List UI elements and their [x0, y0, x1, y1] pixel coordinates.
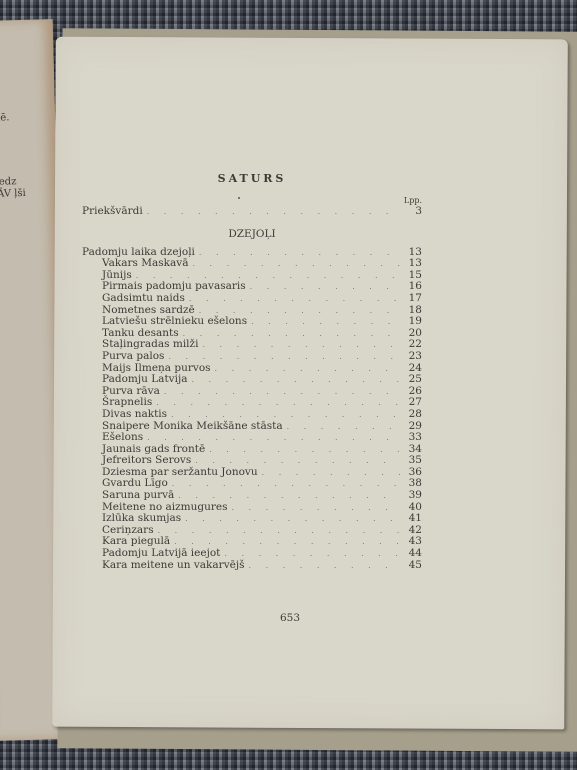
entry-page: 44 [404, 548, 422, 560]
dot-leader [147, 206, 400, 218]
dot-leader [147, 432, 400, 444]
section-heading: DZEJOĻI [82, 228, 422, 240]
dot-leader [224, 548, 400, 560]
toc-entry: Padomju Latvijā ieejot44 [82, 548, 422, 560]
toc-title: SATURS [82, 172, 422, 185]
dot-leader [158, 525, 400, 537]
toc-entry: Saruna purvā39 [82, 490, 422, 502]
entry-title: Padomju Latvija [82, 374, 187, 386]
dot-leader [178, 490, 400, 502]
entry-title: Divas naktis [82, 409, 167, 421]
entry-page: 23 [404, 351, 422, 363]
entry-title: Gadsimtu naids [82, 293, 185, 305]
toc-entry-intro: Priekšvārdi 3 [82, 206, 422, 218]
dot-leader [191, 374, 400, 386]
entry-title: Purva palos [82, 351, 164, 363]
entry-page: 17 [404, 293, 422, 305]
entry-page: 3 [404, 206, 422, 218]
dot-leader [156, 397, 400, 409]
entry-page: 33 [404, 432, 422, 444]
table-of-contents: SATURS Lpp. Priekšvārdi 3 DZEJOĻI Padomj… [82, 172, 422, 571]
left-page-text-fragment: edz [0, 176, 17, 187]
dot-leader [287, 421, 400, 433]
toc-entry: Kara meitene un vakarvējš45 [82, 560, 422, 572]
entry-title: Latviešu strēlnieku ešelons [82, 316, 247, 328]
dot-leader [251, 316, 400, 328]
left-page-text-fragment: ĀV ļši [0, 188, 26, 200]
dot-leader [164, 386, 400, 398]
dot-leader [185, 513, 400, 525]
dot-leader [250, 281, 400, 293]
toc-entry: Ešelons33 [82, 432, 422, 444]
entry-page: 39 [404, 490, 422, 502]
dot-leader [172, 478, 400, 490]
entry-title: Saruna purvā [82, 490, 174, 502]
left-page-text-fragment: ļē. [0, 112, 10, 123]
entry-title: Priekšvārdi [82, 206, 143, 218]
entry-page: 19 [404, 316, 422, 328]
dot-leader [262, 467, 400, 479]
toc-entry: Divas naktis28 [82, 409, 422, 421]
entry-title: Kara meitene un vakarvējš [82, 560, 244, 572]
dot-leader [168, 351, 400, 363]
dot-leader [209, 444, 400, 456]
toc-entry: Vakars Maskavā13 [82, 258, 422, 270]
dot-leader [171, 409, 400, 421]
dot-leader [189, 293, 400, 305]
toc-entries: Padomju laika dzejoļi13Vakars Maskavā13J… [82, 247, 422, 572]
dot-leader [202, 339, 400, 351]
page-number: 653 [280, 612, 300, 624]
entry-title: Vakars Maskavā [82, 258, 188, 270]
entry-title: Ešelons [82, 432, 143, 444]
toc-entry: Gadsimtu naids17 [82, 293, 422, 305]
toc-entry: Padomju Latvija25 [82, 374, 422, 386]
toc-entry: Purva palos23 [82, 351, 422, 363]
dot-leader [215, 363, 400, 375]
page-column-label: Lpp. [82, 196, 422, 205]
toc-entry: Latviešu strēlnieku ešelons19 [82, 316, 422, 328]
entry-page: 25 [404, 374, 422, 386]
dot-leader [231, 502, 400, 514]
entry-page: 45 [404, 560, 422, 572]
dot-leader [192, 258, 400, 270]
dot-leader [248, 560, 400, 572]
dot-leader [199, 247, 400, 259]
entry-title: Padomju Latvijā ieejot [82, 548, 220, 560]
entry-page: 28 [404, 409, 422, 421]
dot-leader [183, 328, 400, 340]
